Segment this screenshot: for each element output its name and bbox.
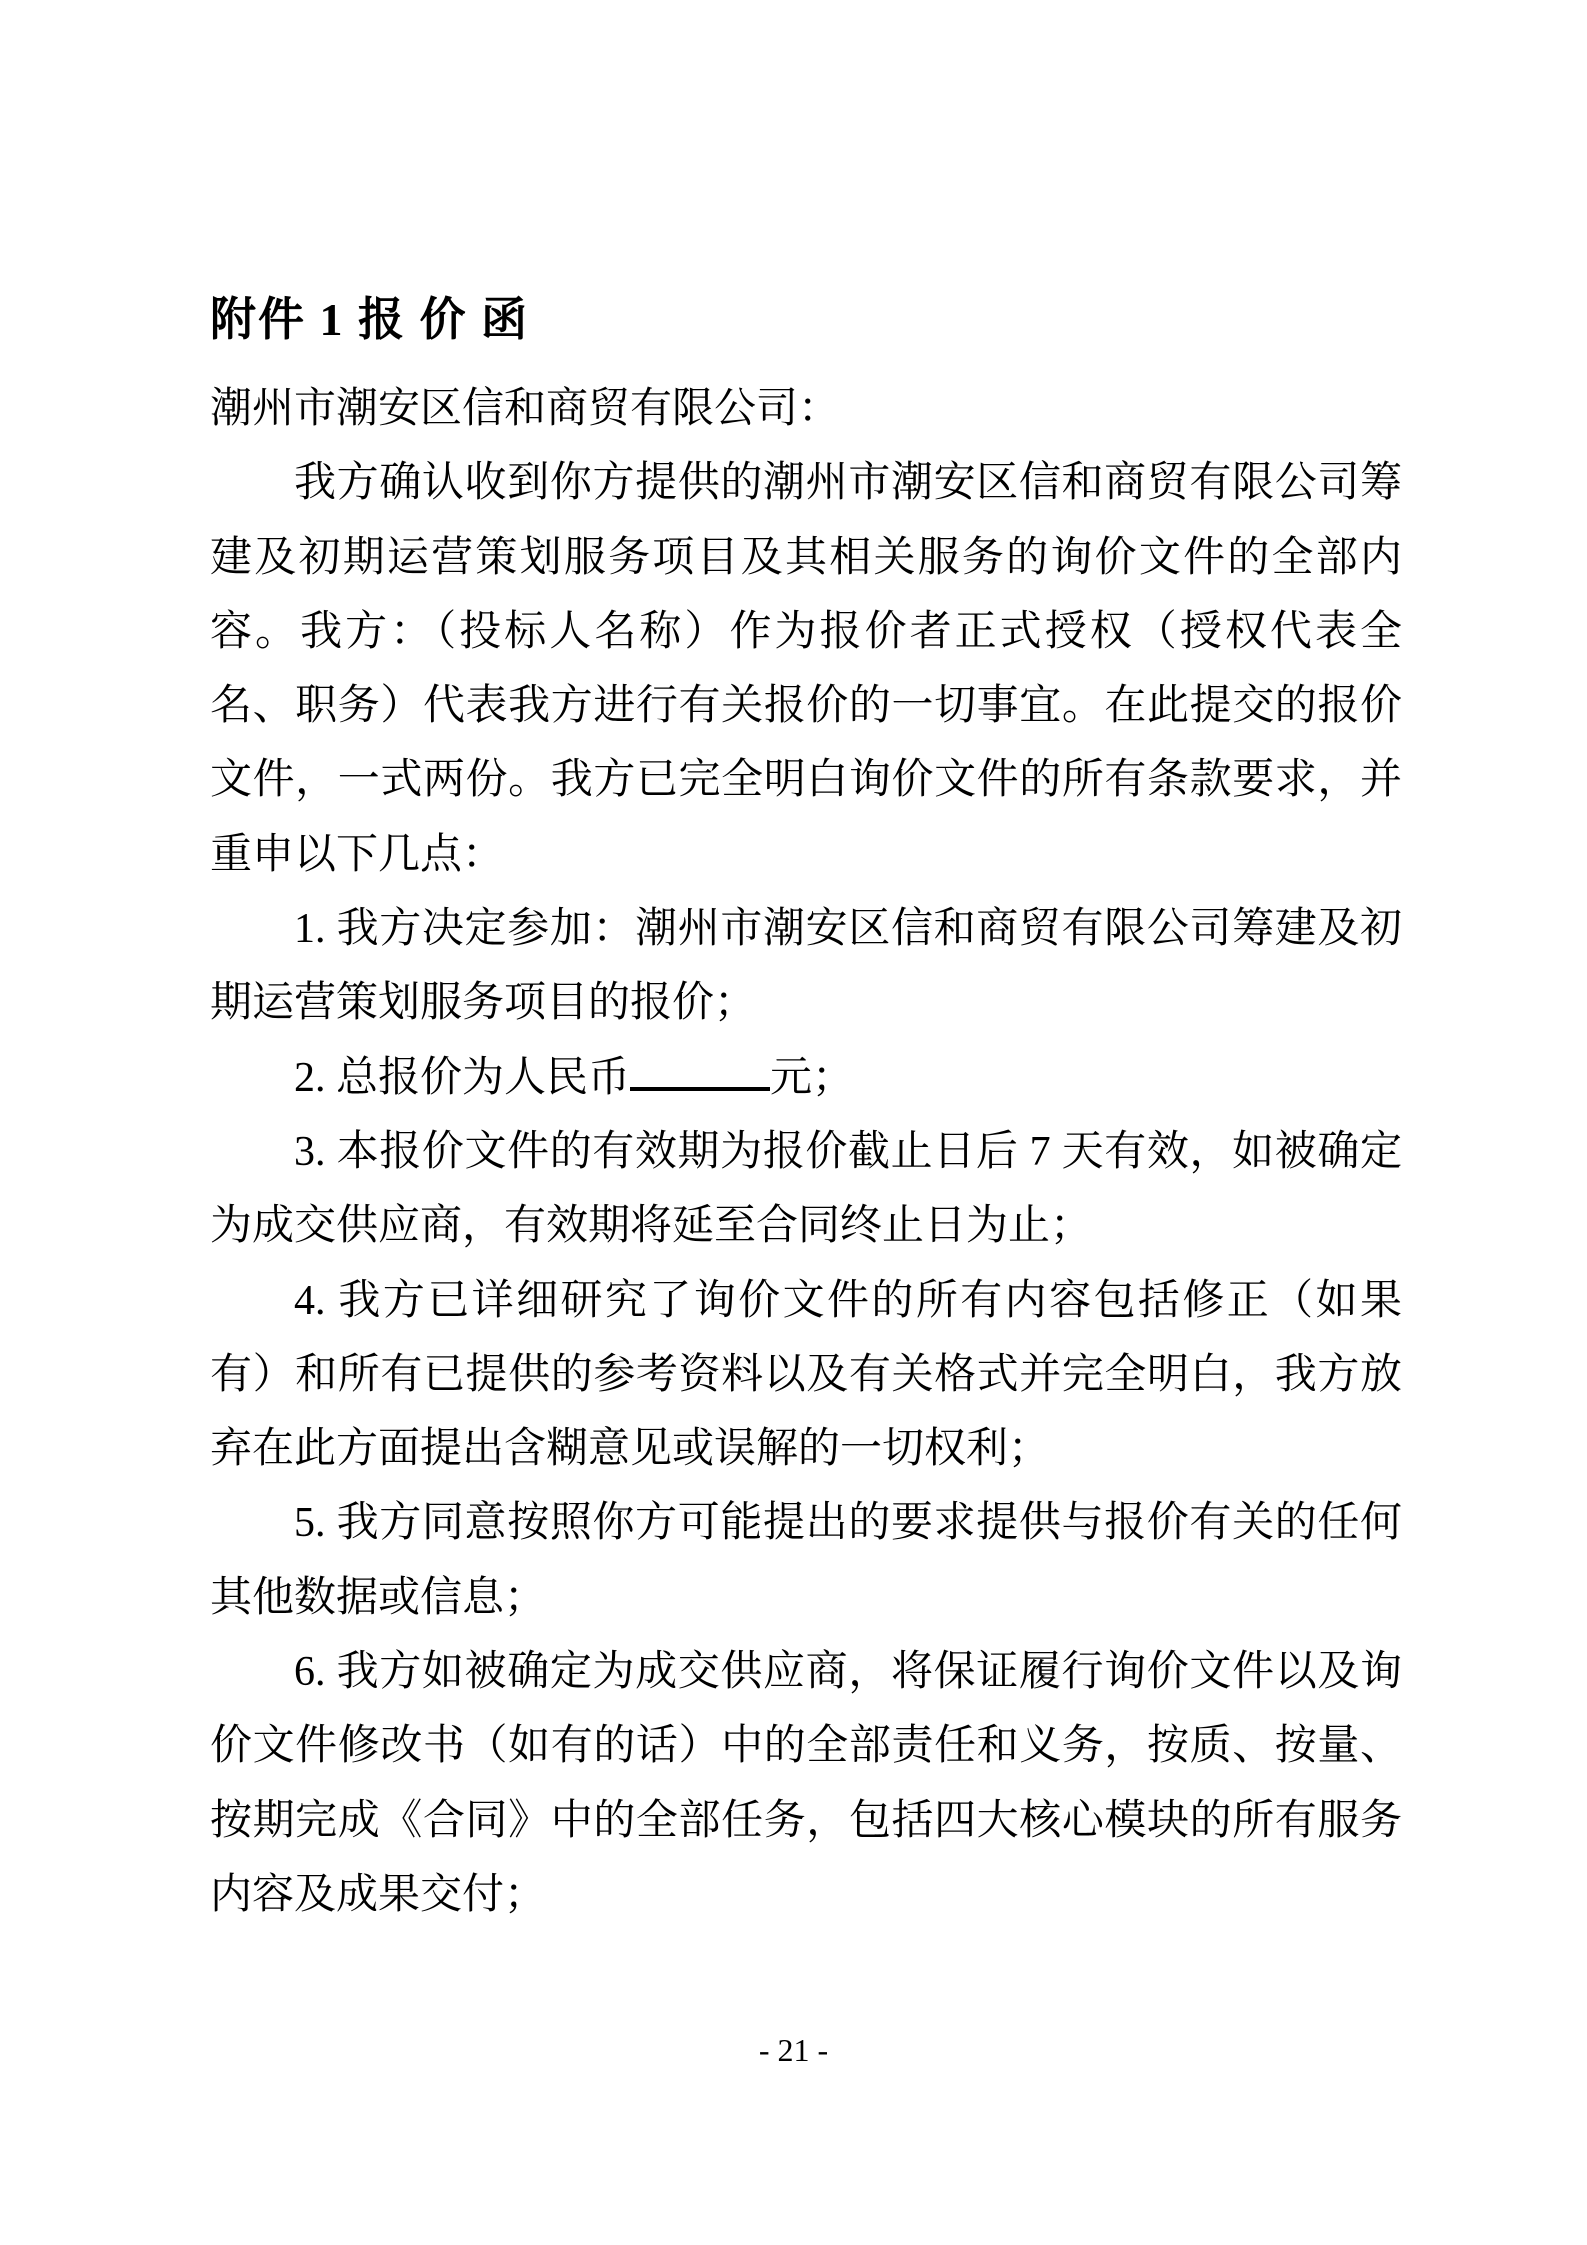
- list-item-3: 3. 本报价文件的有效期为报价截止日后 7 天有效，如被确定为成交供应商，有效期…: [210, 1115, 1402, 1264]
- price-blank-underline: [630, 1083, 770, 1091]
- intro-paragraph: 我方确认收到你方提供的潮州市潮安区信和商贸有限公司筹建及初期运营策划服务项目及其…: [210, 446, 1402, 892]
- document-content: 附件 1 报 价 函 潮州市潮安区信和商贸有限公司： 我方确认收到你方提供的潮州…: [210, 292, 1402, 1932]
- salutation-line: 潮州市潮安区信和商贸有限公司：: [210, 372, 1402, 446]
- list-item-2: 2. 总报价为人民币元；: [210, 1041, 1402, 1115]
- price-label-suffix: 元；: [770, 1055, 854, 1101]
- list-item-1: 1. 我方决定参加：潮州市潮安区信和商贸有限公司筹建及初期运营策划服务项目的报价…: [210, 892, 1402, 1041]
- page-title: 附件 1 报 价 函: [210, 292, 1402, 348]
- list-item-5: 5. 我方同意按照你方可能提出的要求提供与报价有关的任何其他数据或信息；: [210, 1486, 1402, 1635]
- page-number: - 21 -: [0, 2030, 1587, 2070]
- list-item-6: 6. 我方如被确定为成交供应商，将保证履行询价文件以及询价文件修改书（如有的话）…: [210, 1635, 1402, 1932]
- price-label-prefix: 2. 总报价为人民币: [294, 1055, 630, 1101]
- list-item-4: 4. 我方已详细研究了询价文件的所有内容包括修正（如果有）和所有已提供的参考资料…: [210, 1264, 1402, 1487]
- document-page: 附件 1 报 价 函 潮州市潮安区信和商贸有限公司： 我方确认收到你方提供的潮州…: [0, 0, 1587, 2245]
- document-body: 潮州市潮安区信和商贸有限公司： 我方确认收到你方提供的潮州市潮安区信和商贸有限公…: [210, 372, 1402, 1932]
